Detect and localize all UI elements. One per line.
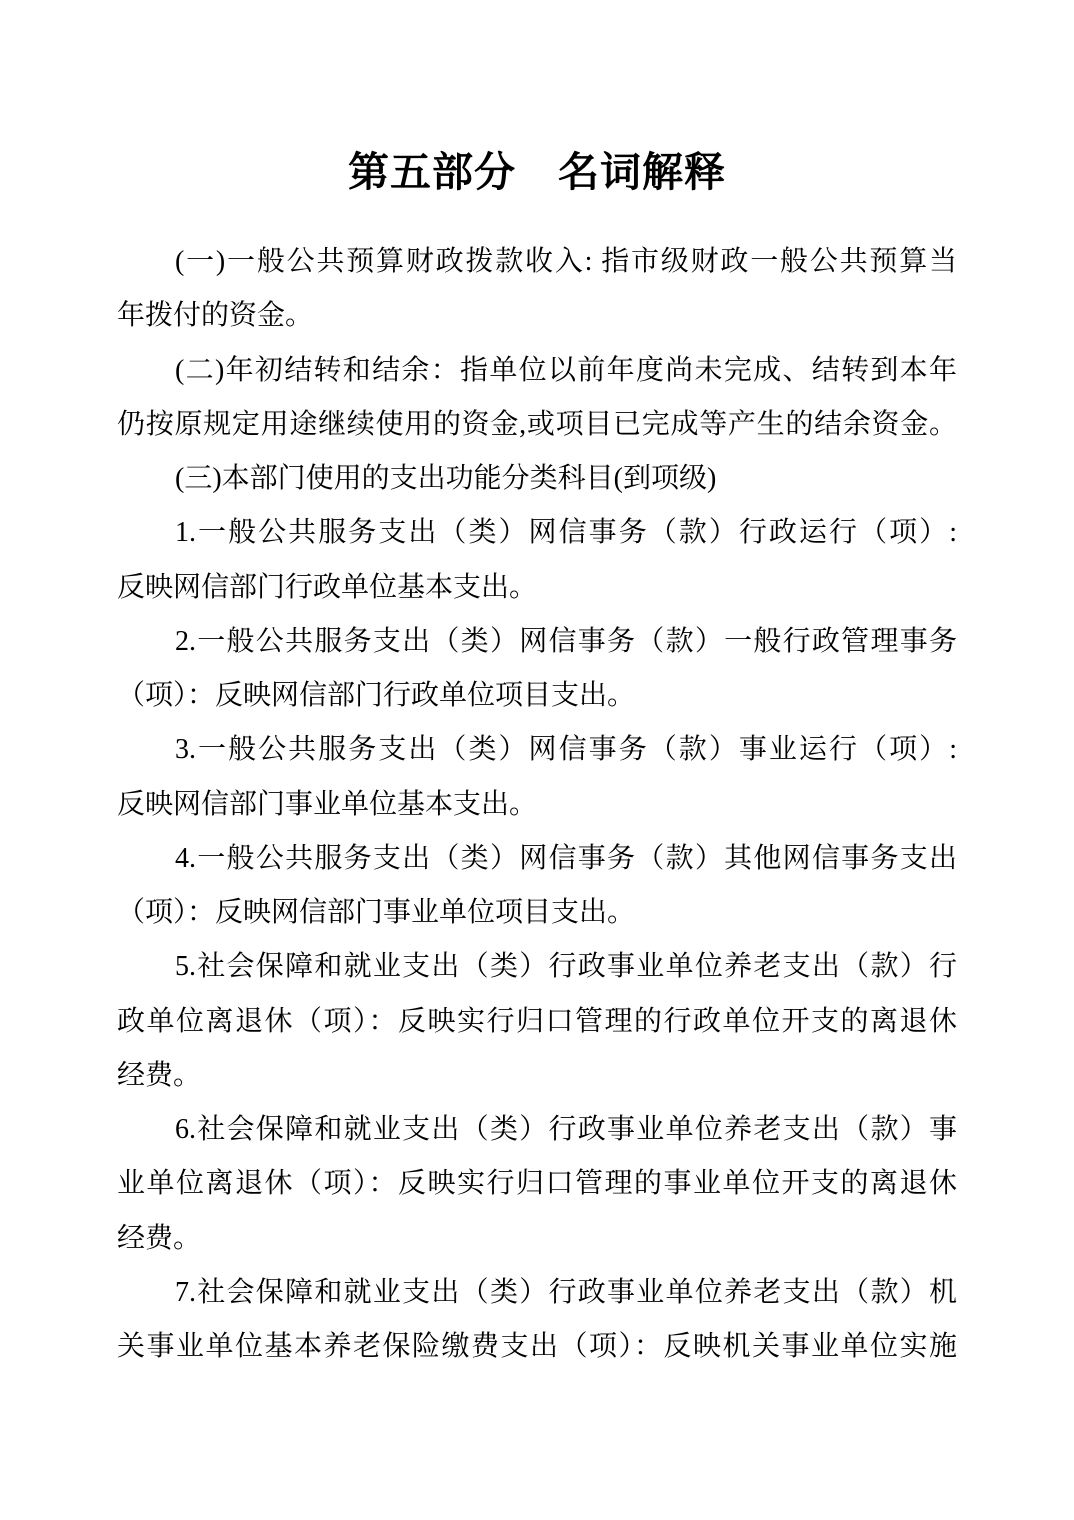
paragraph: (三)本部门使用的支出功能分类科目(到项级) xyxy=(117,452,957,506)
page-title: 第五部分 名词解释 xyxy=(0,148,1074,197)
text-line: 1.一般公共服务支出（类）网信事务（款）行政运行（项）: xyxy=(117,506,957,560)
text-line: 反映网信部门事业单位基本支出。 xyxy=(117,778,957,832)
paragraph: (一)一般公共预算财政拨款收入: 指市级财政一般公共预算当年拨付的资金。 xyxy=(117,235,957,344)
text-line: 仍按原规定用途继续使用的资金,或项目已完成等产生的结余资金。 xyxy=(117,398,957,452)
text-line: 政单位离退休（项）：反映实行归口管理的行政单位开支的离退休 xyxy=(117,995,957,1049)
text-line: 关事业单位基本养老保险缴费支出（项）：反映机关事业单位实施 xyxy=(117,1320,957,1374)
document-body: (一)一般公共预算财政拨款收入: 指市级财政一般公共预算当年拨付的资金。(二)年… xyxy=(117,235,957,1374)
text-line: 经费。 xyxy=(117,1212,957,1266)
text-line: (二)年初结转和结余：指单位以前年度尚未完成、结转到本年 xyxy=(117,344,957,398)
text-line: （项）：反映网信部门事业单位项目支出。 xyxy=(117,886,957,940)
text-line: (三)本部门使用的支出功能分类科目(到项级) xyxy=(117,452,957,506)
text-line: 2.一般公共服务支出（类）网信事务（款）一般行政管理事务 xyxy=(117,615,957,669)
paragraph: 5.社会保障和就业支出（类）行政事业单位养老支出（款）行政单位离退休（项）：反映… xyxy=(117,940,957,1103)
text-line: 经费。 xyxy=(117,1049,957,1103)
document-page: 第五部分 名词解释 (一)一般公共预算财政拨款收入: 指市级财政一般公共预算当年… xyxy=(0,0,1074,1520)
text-line: (一)一般公共预算财政拨款收入: 指市级财政一般公共预算当 xyxy=(117,235,957,289)
text-line: 反映网信部门行政单位基本支出。 xyxy=(117,561,957,615)
text-line: 7.社会保障和就业支出（类）行政事业单位养老支出（款）机 xyxy=(117,1266,957,1320)
paragraph: 7.社会保障和就业支出（类）行政事业单位养老支出（款）机关事业单位基本养老保险缴… xyxy=(117,1266,957,1375)
text-line: 5.社会保障和就业支出（类）行政事业单位养老支出（款）行 xyxy=(117,940,957,994)
text-line: 3.一般公共服务支出（类）网信事务（款）事业运行（项）: xyxy=(117,723,957,777)
text-line: 4.一般公共服务支出（类）网信事务（款）其他网信事务支出 xyxy=(117,832,957,886)
paragraph: (二)年初结转和结余：指单位以前年度尚未完成、结转到本年仍按原规定用途继续使用的… xyxy=(117,344,957,453)
paragraph: 1.一般公共服务支出（类）网信事务（款）行政运行（项）:反映网信部门行政单位基本… xyxy=(117,506,957,615)
paragraph: 2.一般公共服务支出（类）网信事务（款）一般行政管理事务（项）：反映网信部门行政… xyxy=(117,615,957,724)
text-line: （项）：反映网信部门行政单位项目支出。 xyxy=(117,669,957,723)
paragraph: 6.社会保障和就业支出（类）行政事业单位养老支出（款）事业单位离退休（项）：反映… xyxy=(117,1103,957,1266)
text-line: 6.社会保障和就业支出（类）行政事业单位养老支出（款）事 xyxy=(117,1103,957,1157)
paragraph: 3.一般公共服务支出（类）网信事务（款）事业运行（项）:反映网信部门事业单位基本… xyxy=(117,723,957,832)
text-line: 业单位离退休（项）：反映实行归口管理的事业单位开支的离退休 xyxy=(117,1157,957,1211)
paragraph: 4.一般公共服务支出（类）网信事务（款）其他网信事务支出（项）：反映网信部门事业… xyxy=(117,832,957,941)
text-line: 年拨付的资金。 xyxy=(117,289,957,343)
